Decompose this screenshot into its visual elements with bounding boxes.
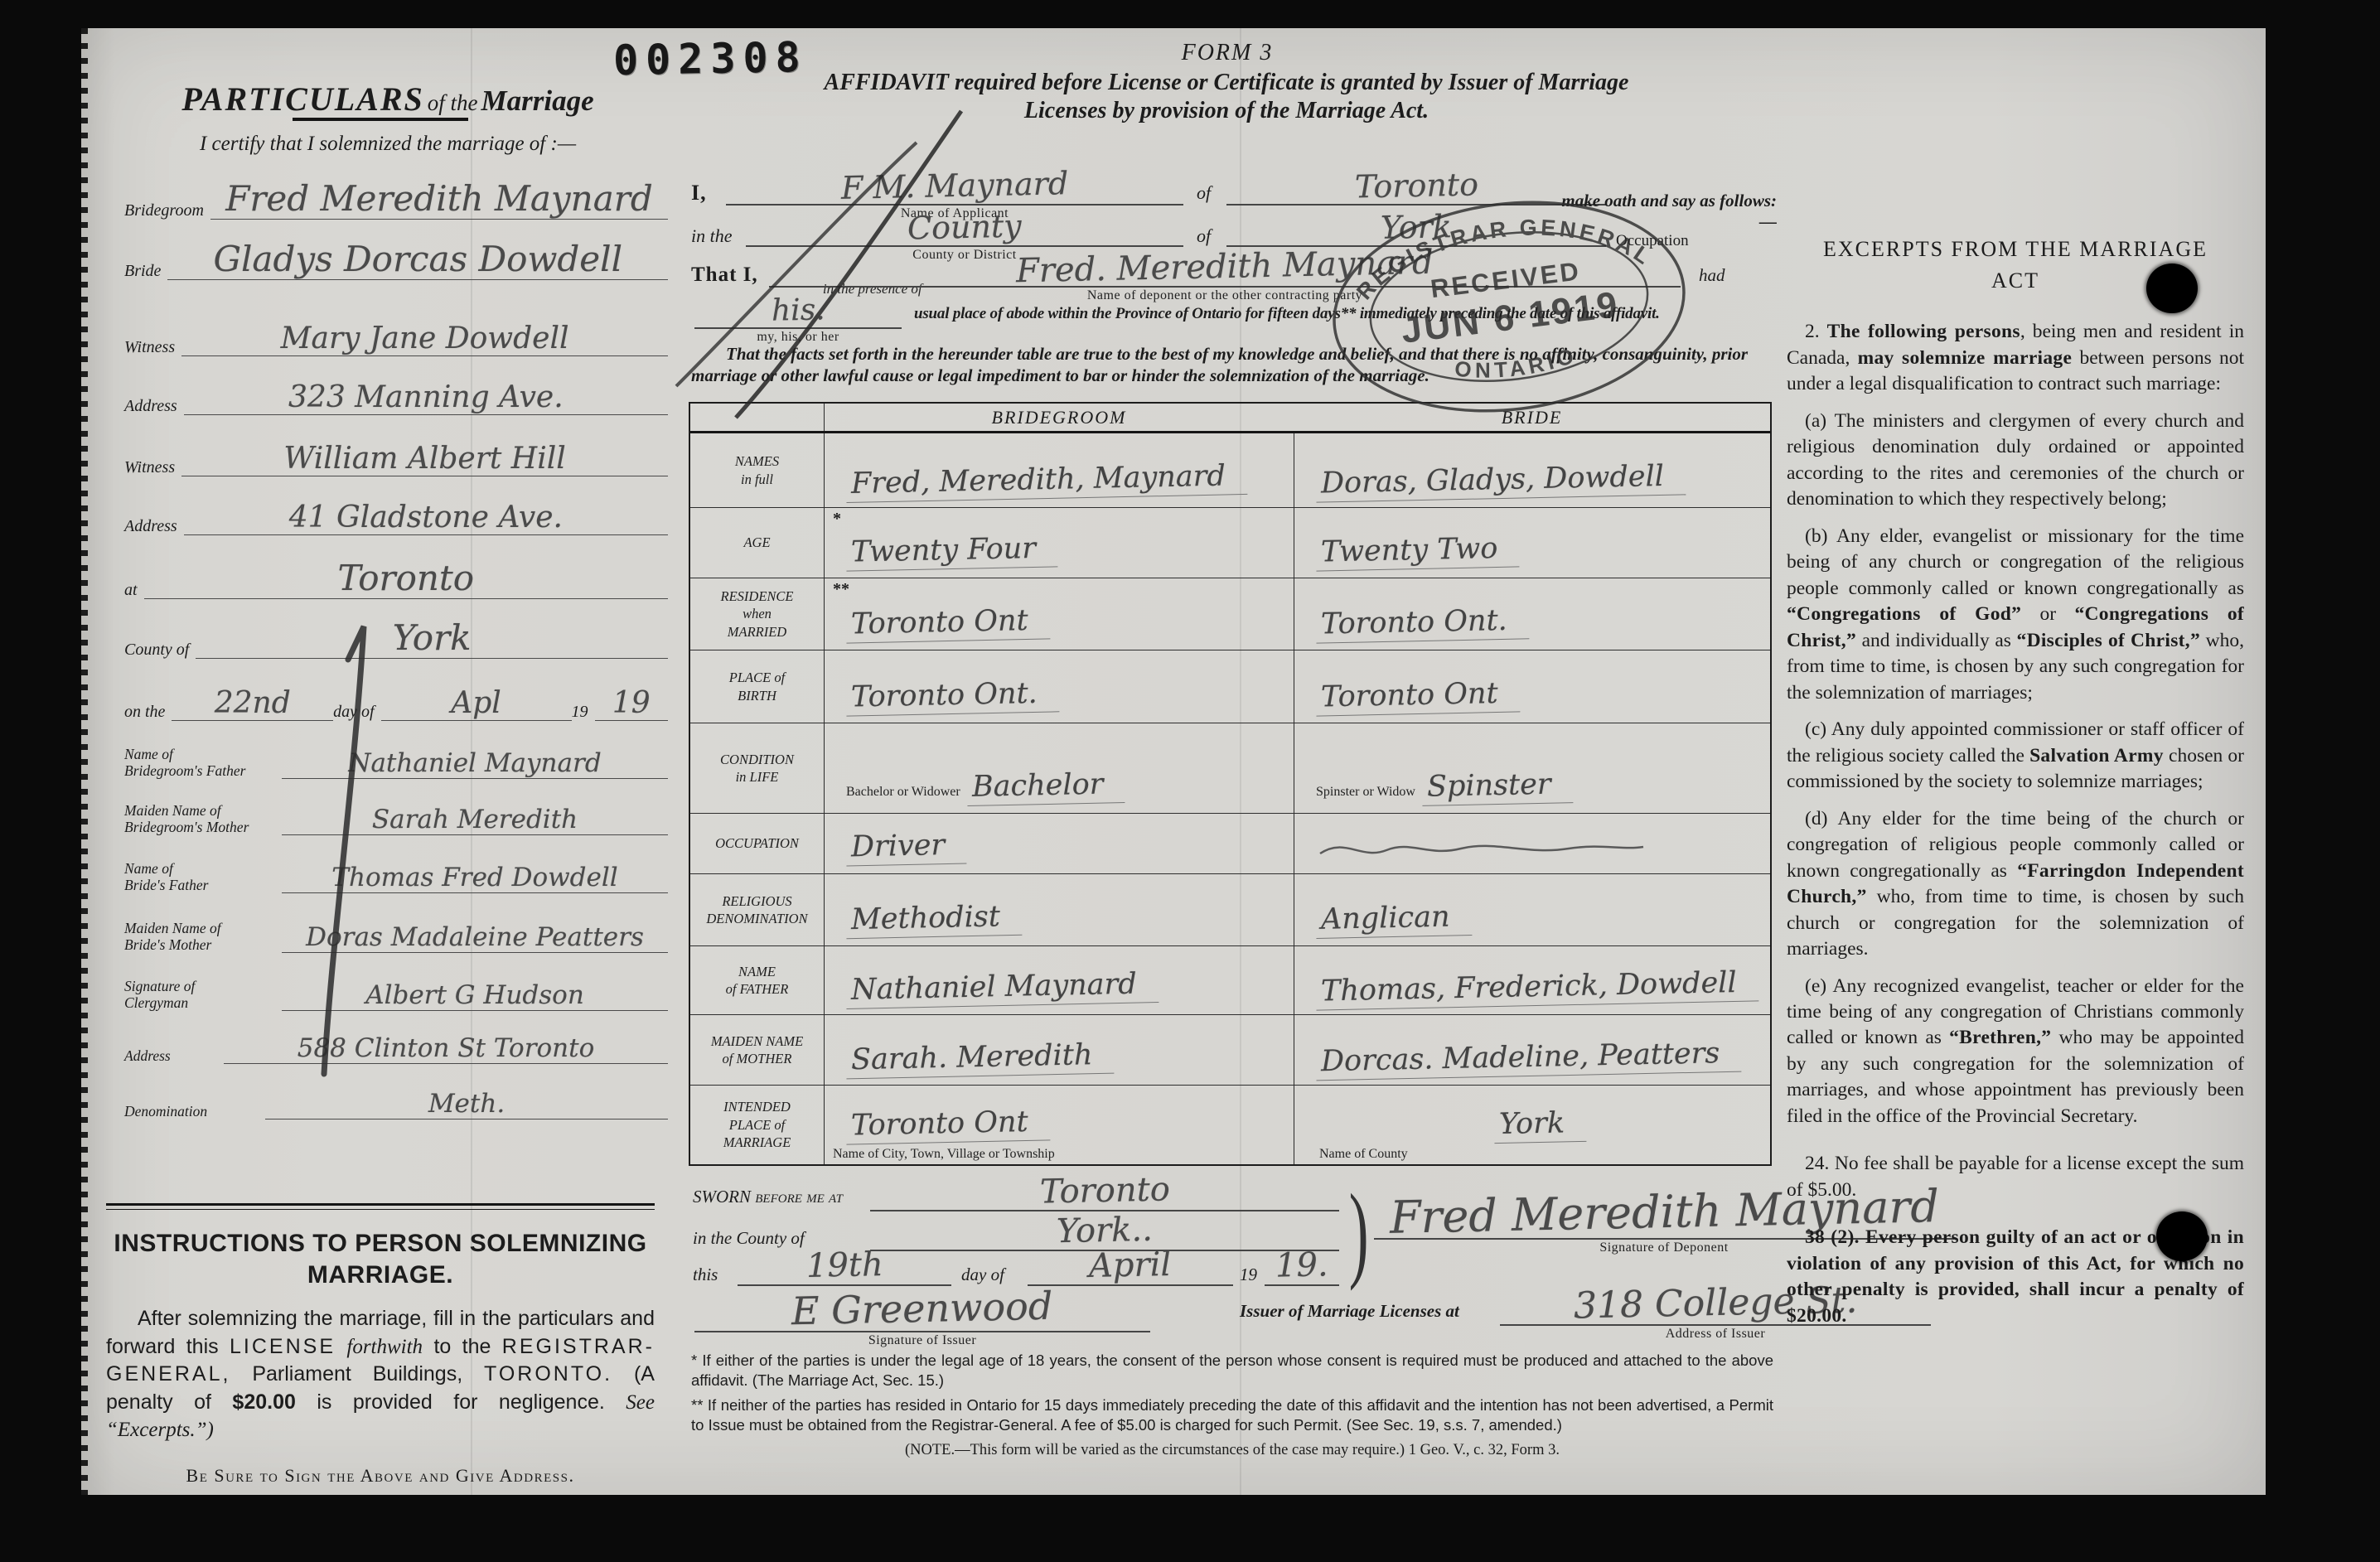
sworn-place-handwriting: Toronto xyxy=(1039,1170,1170,1211)
punch-hole xyxy=(2146,264,2198,313)
field-value-handwriting: Sarah Meredith xyxy=(372,805,578,834)
field-line: William Albert Hill xyxy=(181,442,668,476)
field-line: 323 Manning Ave. xyxy=(184,380,668,415)
year-line: 19 xyxy=(595,686,668,721)
printed-i: I, xyxy=(691,181,707,206)
cell-handwriting: Nathaniel Maynard xyxy=(846,967,1159,1009)
excerpt-section-24: 24. No fee shall be payable for a licens… xyxy=(1787,1151,2244,1203)
field-brides-father: Name of Bride's Father Thomas Fred Dowde… xyxy=(124,845,668,893)
field-line: Doras Madaleine Peatters xyxy=(282,922,668,953)
sworn-county-blank: York.. xyxy=(870,1211,1339,1251)
license-word: LICENSE xyxy=(230,1335,336,1358)
row-label: CONDITION in LIFE xyxy=(690,723,825,813)
cell-handwriting: Thomas, Frederick, Dowdell xyxy=(1316,965,1758,1010)
footnote-marker: ** xyxy=(833,580,849,599)
instructions-body: After solemnizing the marriage, fill in … xyxy=(106,1305,655,1444)
field-label: Name of Bridegroom's Father xyxy=(124,746,282,779)
document-paper: 002308 PARTICULARS of the Marriage I cer… xyxy=(81,28,2266,1495)
printed-19: 19 xyxy=(1240,1265,1257,1285)
field-value-handwriting: Toronto xyxy=(337,558,474,598)
field-marriage-date: on the 22nd day of Apl 19 19 xyxy=(124,675,668,721)
field-denomination: Denomination Meth. xyxy=(124,1071,668,1120)
field-line: Mary Jane Dowdell xyxy=(181,322,668,356)
field-brides-mother: Maiden Name of Bride's Mother Doras Mada… xyxy=(124,905,668,953)
printed-19: 19 xyxy=(572,704,595,721)
footnote-marker: * xyxy=(833,510,841,529)
field-label: Maiden Name of Bride's Mother xyxy=(124,920,282,953)
county-blank: County County or District xyxy=(746,207,1183,247)
field-label: Name of Bride's Father xyxy=(124,860,282,893)
bridegroom-cell: Driver xyxy=(825,814,1294,873)
forthwith-word: forthwith xyxy=(346,1336,423,1358)
sign-above-note: Be Sure to Sign the Above and Give Addre… xyxy=(106,1465,655,1487)
field-line: Nathaniel Maynard xyxy=(282,748,668,779)
field-label: County of xyxy=(124,641,196,659)
cell-handwriting: Fred, Meredith, Maynard xyxy=(846,459,1248,503)
instructions-block: INSTRUCTIONS TO PERSON SOLEMNIZING MARRI… xyxy=(106,1203,655,1487)
footnote-note: (NOTE.—This form will be varied as the c… xyxy=(691,1440,1773,1460)
field-line: 41 Gladstone Ave. xyxy=(184,501,668,535)
day-handwriting: 22nd xyxy=(215,686,291,720)
table-row-residence: RESIDENCE when MARRIED **Toronto Ont Tor… xyxy=(690,578,1770,650)
bridegroom-cell: Sarah. Meredith xyxy=(825,1015,1294,1085)
month-handwriting: Apl xyxy=(451,686,501,720)
day-of-label: day of xyxy=(333,704,380,721)
printed-in-the: in the xyxy=(691,225,733,247)
field-label: Signature of Clergyman xyxy=(124,978,282,1011)
field-address-1: Address 323 Manning Ave. xyxy=(124,369,668,415)
excerpt-clause-d: (d) Any elder for the time being of the … xyxy=(1787,806,2244,963)
bridegroom-bride-table: BRIDEGROOM BRIDE NAMES in full Fred, Mer… xyxy=(689,402,1772,1166)
field-bridegrooms-father: Name of Bridegroom's Father Nathaniel Ma… xyxy=(124,731,668,779)
printed-that-i: That I, xyxy=(691,264,758,287)
table-row-mother: MAIDEN NAME of MOTHER Sarah. Meredith Do… xyxy=(690,1015,1770,1086)
field-at: at Toronto xyxy=(124,553,668,599)
issuer-signature-handwriting: E Greenwood xyxy=(791,1284,1053,1334)
sworn-year-handwriting: 19. xyxy=(1275,1245,1329,1284)
excerpts-body: 2. The following persons, being men and … xyxy=(1787,319,2244,1329)
field-label: at xyxy=(124,582,144,599)
instructions-text: Parliament Buildings, xyxy=(252,1362,462,1385)
applicant-name-blank: F M. Maynard Name of Applicant xyxy=(726,166,1183,206)
cell-handwriting: Twenty Four xyxy=(846,531,1058,571)
issuer-of-licenses-label: Issuer of Marriage Licenses at xyxy=(1240,1301,1459,1322)
row-label: PLACE of BIRTH xyxy=(690,650,825,723)
field-value-handwriting: 588 Clinton St Toronto xyxy=(297,1033,595,1063)
toronto-word: TORONTO. xyxy=(484,1362,612,1385)
county-handwriting: County xyxy=(907,208,1023,247)
footnotes-block: * If either of the parties is under the … xyxy=(691,1351,1773,1465)
affidavit-title-line2: Licenses by provision of the Marriage Ac… xyxy=(671,98,1782,124)
field-line: Thomas Fred Dowdell xyxy=(282,863,668,893)
bride-cell: Thomas, Frederick, Dowdell xyxy=(1294,946,1770,1014)
stamp-arc-bottom-text: ONTARIO xyxy=(1451,341,1582,389)
table-row-birthplace: PLACE of BIRTH Toronto Ont. Toronto Ont xyxy=(690,650,1770,723)
his-blank: his. my, his, or her xyxy=(694,289,902,329)
title-rule xyxy=(293,118,468,121)
row-label: NAMES in full xyxy=(690,433,825,507)
particulars-title: PARTICULARS of the Marriage xyxy=(106,80,670,118)
registrar-received-stamp: REGISTRAR GENERAL ONTARIO RECEIVED JUN 6… xyxy=(1300,159,1717,453)
field-label: Bridegroom xyxy=(124,202,210,220)
field-label: Address xyxy=(124,1047,224,1064)
bridegroom-cell: Methodist xyxy=(825,874,1294,945)
cell-handwriting: Toronto Ont. xyxy=(846,676,1060,716)
day-line: 22nd xyxy=(172,686,333,721)
excerpt-clause-b: (b) Any elder, evangelist or missionary … xyxy=(1787,524,2244,706)
cell-handwriting: Driver xyxy=(846,828,967,866)
city-town-label: Name of City, Town, Village or Township xyxy=(833,1147,1055,1162)
certify-line: I certify that I solemnized the marriage… xyxy=(106,133,670,156)
bride-cell: Anglican xyxy=(1294,874,1770,945)
table-row-occupation: OCCUPATION Driver xyxy=(690,814,1770,874)
printed-of: of xyxy=(1197,225,1211,247)
bridegroom-cell: Toronto Ont. xyxy=(825,650,1294,723)
his-handwriting: his. xyxy=(771,293,825,327)
sworn-place-blank: Toronto xyxy=(870,1172,1339,1211)
field-line: Fred Meredith Maynard xyxy=(210,178,668,220)
bride-cell xyxy=(1294,814,1770,873)
bridegroom-cell: Fred, Meredith, Maynard xyxy=(825,433,1294,507)
particulars-title-marriage: Marriage xyxy=(481,85,594,117)
blank-squiggle-mark xyxy=(1316,835,1647,860)
month-line: Apl xyxy=(381,686,572,721)
field-line: Toronto xyxy=(144,558,668,599)
cell-handwriting: Methodist xyxy=(846,900,1023,939)
field-address-2: Address 41 Gladstone Ave. xyxy=(124,489,668,535)
table-row-condition: CONDITION in LIFE Bachelor or WidowerBac… xyxy=(690,723,1770,814)
bride-cell: Spinster or WidowSpinster xyxy=(1294,723,1770,813)
field-label: Maiden Name of Bridegroom's Mother xyxy=(124,802,282,835)
row-label: NAME of FATHER xyxy=(690,946,825,1014)
printed-had: had xyxy=(1699,265,1725,286)
cell-handwriting: York xyxy=(1494,1106,1587,1144)
instructions-text: is provided for negligence. xyxy=(317,1390,604,1414)
row-label: AGE xyxy=(690,508,825,578)
bride-cell: Dorcas. Madeline, Peatters xyxy=(1294,1015,1770,1085)
form-number: FORM 3 xyxy=(686,40,1768,66)
cell-handwriting: Twenty Two xyxy=(1316,531,1520,571)
field-bride: Bride Gladys Dorcas Dowdell in the prese… xyxy=(124,234,668,280)
field-line: Albert G Hudson xyxy=(282,980,668,1011)
field-value-handwriting: York xyxy=(393,617,472,658)
table-row-father: NAME of FATHER Nathaniel Maynard Thomas,… xyxy=(690,946,1770,1015)
field-line: Gladys Dorcas Dowdell in the presence of xyxy=(167,239,668,280)
instructions-title: INSTRUCTIONS TO PERSON SOLEMNIZING MARRI… xyxy=(106,1228,655,1290)
bachelor-widower-label: Bachelor or Widower xyxy=(846,785,967,805)
row-label: MAIDEN NAME of MOTHER xyxy=(690,1015,825,1085)
sworn-county-handwriting: York.. xyxy=(1057,1211,1154,1250)
field-value-handwriting: William Albert Hill xyxy=(283,442,565,476)
bridegroom-cell: Nathaniel Maynard xyxy=(825,946,1294,1014)
row-label: INTENDED PLACE of MARRIAGE xyxy=(690,1086,825,1164)
footnote-consent: * If either of the parties is under the … xyxy=(691,1351,1773,1390)
punch-hole xyxy=(2156,1211,2208,1261)
field-label: Witness xyxy=(124,459,181,476)
field-value-handwriting: Thomas Fred Dowdell xyxy=(331,863,617,892)
clergyman-signature-handwriting: Albert G Hudson xyxy=(365,980,584,1010)
field-value-handwriting: Mary Jane Dowdell xyxy=(281,322,569,355)
table-row-religion: RELIGIOUS DENOMINATION Methodist Anglica… xyxy=(690,874,1770,946)
affidavit-title-line1: AFFIDAVIT required before License or Cer… xyxy=(671,70,1782,96)
signature-of-issuer-label: Signature of Issuer xyxy=(786,1333,1059,1348)
row-label: RESIDENCE when MARRIED xyxy=(690,578,825,650)
bride-cell: Twenty Two xyxy=(1294,508,1770,578)
table-row-intended-place: INTENDED PLACE of MARRIAGE Toronto Ont N… xyxy=(690,1086,1770,1164)
field-clergyman-signature: Signature of Clergyman Albert G Hudson xyxy=(124,963,668,1011)
row-label: OCCUPATION xyxy=(690,814,825,873)
county-name-label: Name of County xyxy=(1319,1147,1408,1162)
field-line: Sarah Meredith xyxy=(282,805,668,835)
sworn-before-label: SWORN before me at xyxy=(693,1187,843,1207)
field-line: 588 Clinton St Toronto xyxy=(224,1033,668,1064)
field-bridegrooms-mother: Maiden Name of Bridegroom's Mother Sarah… xyxy=(124,787,668,835)
field-county-of: County of York xyxy=(124,612,668,659)
field-line: York xyxy=(196,617,668,659)
field-value-handwriting: Fred Meredith Maynard xyxy=(225,178,653,219)
instructions-text: to the xyxy=(433,1335,491,1358)
field-label: Witness xyxy=(124,339,181,356)
excerpt-clause-a: (a) The ministers and clergymen of every… xyxy=(1787,409,2244,513)
field-label: Denomination xyxy=(124,1103,265,1120)
cell-handwriting: Bachelor xyxy=(966,767,1125,806)
issuer-signature-blank: E Greenwood Signature of Issuer xyxy=(694,1278,1150,1332)
stub-header xyxy=(690,404,825,431)
field-witness-2: Witness William Albert Hill xyxy=(124,430,668,476)
cell-handwriting: Doras, Gladys, Dowdell xyxy=(1316,459,1686,502)
bridegroom-cell: Bachelor or WidowerBachelor xyxy=(825,723,1294,813)
footnote-residency: ** If neither of the parties has resided… xyxy=(691,1395,1773,1435)
excerpt-clause-c: (c) Any duly appointed commissioner or s… xyxy=(1787,717,2244,795)
table-row-age: AGE *Twenty Four Twenty Two xyxy=(690,508,1770,578)
excerpt-section-2: 2. The following persons, being men and … xyxy=(1787,319,2244,397)
bridegroom-cell: *Twenty Four xyxy=(825,508,1294,578)
bridegroom-cell: Toronto Ont Name of City, Town, Village … xyxy=(825,1086,1294,1164)
field-witness-1: Witness Mary Jane Dowdell xyxy=(124,310,668,356)
cell-handwriting: Sarah. Meredith xyxy=(846,1038,1115,1080)
bridegroom-cell: **Toronto Ont xyxy=(825,578,1294,650)
sworn-year-blank: 19. xyxy=(1265,1246,1339,1286)
table-row-names: NAMES in full Fred, Meredith, Maynard Do… xyxy=(690,433,1770,508)
excerpts-title-line1: EXCERPTS FROM THE MARRIAGE xyxy=(1787,234,2244,265)
cell-handwriting: Anglican xyxy=(1316,900,1472,939)
scanned-marriage-affidavit: 002308 PARTICULARS of the Marriage I cer… xyxy=(0,0,2380,1562)
particulars-title-caps: PARTICULARS xyxy=(181,80,423,118)
field-label: Address xyxy=(124,398,184,415)
cell-handwriting: Toronto Ont xyxy=(846,1105,1050,1144)
field-clergyman-address: Address 588 Clinton St Toronto xyxy=(124,1016,668,1064)
sworn-brace: ) xyxy=(1349,1170,1369,1294)
penalty-amount: $20.00 xyxy=(232,1390,295,1414)
field-value-handwriting: Meth. xyxy=(428,1089,505,1119)
field-label: Address xyxy=(124,518,184,535)
excerpts-column: EXCERPTS FROM THE MARRIAGE ACT 2. The fo… xyxy=(1787,234,2244,1340)
particulars-title-of-the: of the xyxy=(428,90,478,115)
field-line: Meth. xyxy=(265,1089,668,1120)
double-rule xyxy=(106,1203,655,1210)
spinster-widow-label: Spinster or Widow xyxy=(1316,785,1422,805)
field-value-handwriting: 41 Gladstone Ave. xyxy=(289,501,563,534)
bride-cell: Toronto Ont xyxy=(1294,650,1770,723)
printed-of: of xyxy=(1197,182,1211,204)
field-value-handwriting: Doras Madaleine Peatters xyxy=(306,922,644,952)
excerpt-clause-e: (e) Any recognized evangelist, teacher o… xyxy=(1787,974,2244,1130)
row-label: RELIGIOUS DENOMINATION xyxy=(690,874,825,945)
cell-handwriting: Toronto Ont xyxy=(1316,676,1520,716)
bridegroom-column-header: BRIDEGROOM xyxy=(825,407,1294,428)
field-value-handwriting: Gladys Dorcas Dowdell xyxy=(213,239,622,279)
year-handwriting: 19 xyxy=(612,686,651,720)
field-value-handwriting: Nathaniel Maynard xyxy=(348,748,601,778)
applicant-handwriting: F M. Maynard xyxy=(840,165,1068,206)
cell-handwriting: Spinster xyxy=(1422,767,1573,806)
cell-handwriting: Dorcas. Madeline, Peatters xyxy=(1316,1037,1742,1081)
field-label: Bride xyxy=(124,263,167,280)
bride-cell: York Name of County xyxy=(1294,1086,1770,1164)
field-value-handwriting: 323 Manning Ave. xyxy=(288,380,564,414)
field-bridegroom: Bridegroom Fred Meredith Maynard xyxy=(124,173,668,220)
on-the-label: on the xyxy=(124,704,172,721)
cell-handwriting: Toronto Ont xyxy=(846,603,1050,643)
bride-cell: Toronto Ont. xyxy=(1294,578,1770,650)
cell-handwriting: Toronto Ont. xyxy=(1316,603,1530,643)
